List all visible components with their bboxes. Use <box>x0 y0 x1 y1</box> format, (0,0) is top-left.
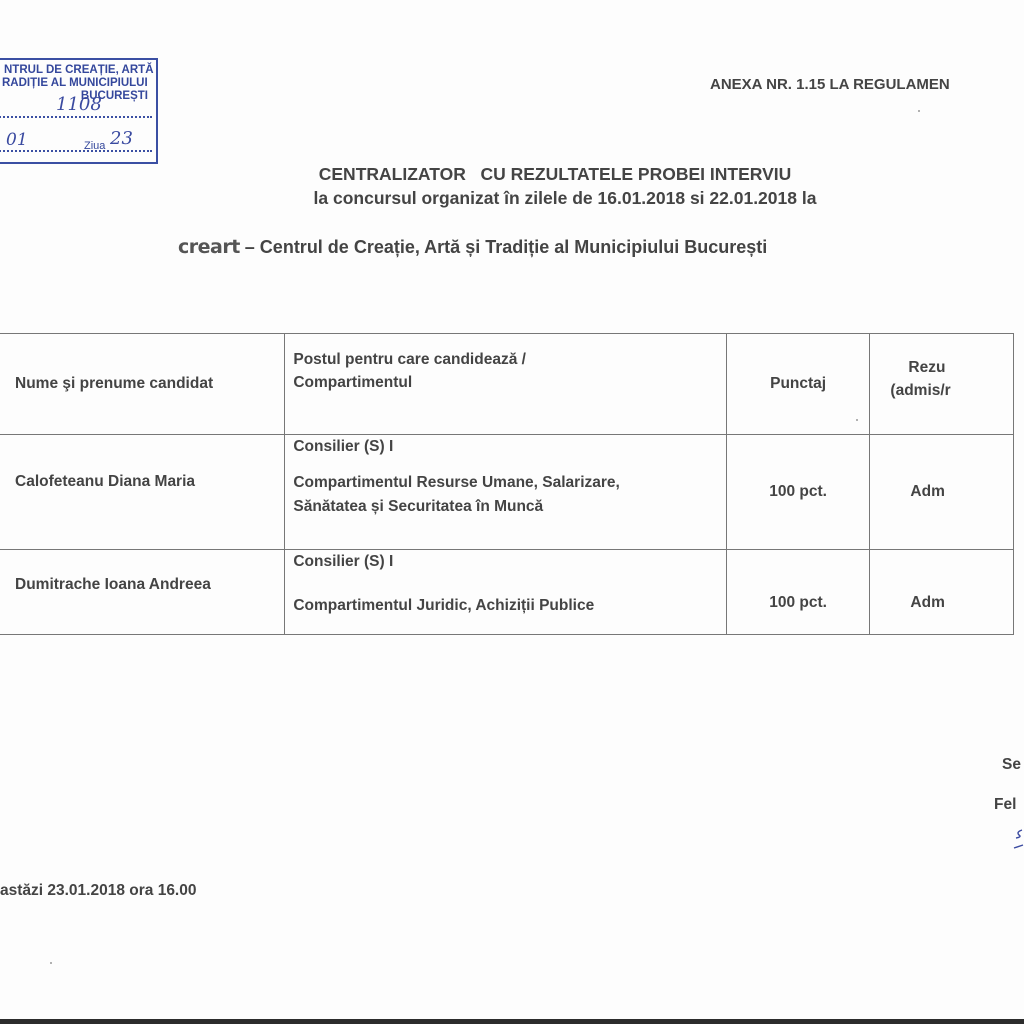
document-subtitle: la concursul organizat în zilele de 16.0… <box>0 188 1024 209</box>
post-department: Consilier (S) I Compartimentul Resurse U… <box>285 435 726 550</box>
stamp-dotted-line <box>0 116 152 118</box>
result: Adm <box>870 435 1014 550</box>
annex-reference: ANEXA NR. 1.15 LA REGULAMEN <box>710 76 950 93</box>
institution-line: creart – Centrul de Creație, Artă și Tra… <box>178 236 767 258</box>
stamp-month: 01 <box>6 134 28 147</box>
header-post-line-1: Postul pentru care candidează / <box>293 348 725 371</box>
creart-logo: creart <box>178 236 240 258</box>
table-row: Dumitrache Ioana Andreea Consilier (S) I… <box>0 550 1014 635</box>
post-title: Consilier (S) I <box>293 435 725 459</box>
header-result-line-1: Rezu <box>890 356 1013 379</box>
scan-bottom-edge <box>0 1019 1024 1024</box>
department: Compartimentul Juridic, Achiziții Public… <box>293 594 725 618</box>
results-table: Nume şi prenume candidat Postul pentru c… <box>0 333 1014 635</box>
stamp-registration-number: 1108 <box>56 98 102 111</box>
score: 100 pct. <box>726 550 870 635</box>
handwritten-signature-icon <box>1010 826 1024 856</box>
post-title: Consilier (S) I <box>293 550 725 574</box>
header-result: Rezu (admis/r <box>870 334 1014 435</box>
header-post-line-2: Compartimentul <box>293 371 725 394</box>
registration-stamp: NTRUL DE CREAȚIE, ARTĂ RADIȚIE AL MUNICI… <box>0 58 158 164</box>
header-post-department: Postul pentru care candidează / Comparti… <box>285 334 726 435</box>
candidate-name: Dumitrache Ioana Andreea <box>0 550 285 635</box>
department: Compartimentul Resurse Umane, Salarizare… <box>293 471 725 519</box>
stamp-line-1: NTRUL DE CREAȚIE, ARTĂ <box>4 64 154 77</box>
post-department: Consilier (S) I Compartimentul Juridic, … <box>285 550 726 635</box>
signature-name: Fel <box>994 796 1016 814</box>
stamp-dotted-line <box>0 150 152 152</box>
scan-speck <box>856 419 858 421</box>
result: Adm <box>870 550 1014 635</box>
institution-name: – Centrul de Creație, Artă și Tradiție a… <box>240 237 767 257</box>
scan-speck <box>918 110 920 112</box>
header-result-line-2: (admis/r <box>890 379 1013 402</box>
stamp-line-2: RADIȚIE AL MUNICIPIULUI <box>2 77 148 90</box>
header-score: Punctaj <box>726 334 870 435</box>
scan-speck <box>50 962 52 964</box>
stamp-day: 23 <box>110 132 133 145</box>
table-row: Calofeteanu Diana Maria Consilier (S) I … <box>0 435 1014 550</box>
document-title: CENTRALIZATOR CU REZULTATELE PROBEI INTE… <box>0 164 1024 185</box>
score: 100 pct. <box>726 435 870 550</box>
header-candidate-name: Nume şi prenume candidat <box>0 334 285 435</box>
signature-title: Se <box>1002 756 1021 774</box>
posting-date: astăzi 23.01.2018 ora 16.00 <box>0 882 196 900</box>
candidate-name: Calofeteanu Diana Maria <box>0 435 285 550</box>
table-header-row: Nume şi prenume candidat Postul pentru c… <box>0 334 1014 435</box>
